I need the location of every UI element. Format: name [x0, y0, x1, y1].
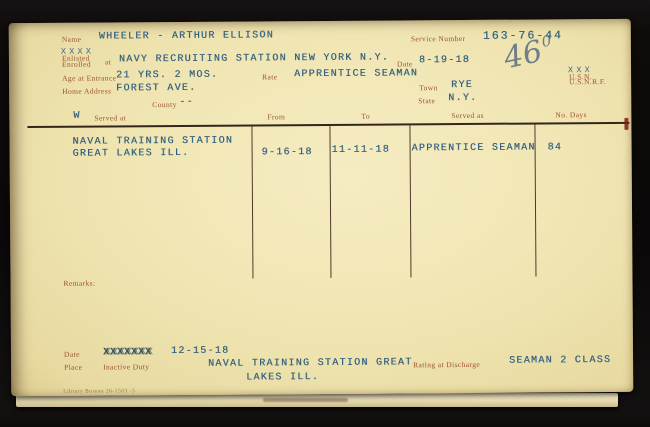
- row-served-as: APPRENTICE SEAMAN: [412, 143, 536, 154]
- printer-mark: Library Bureau 26-1503 -5: [63, 389, 135, 395]
- enroll-date-value: 8-19-18: [419, 56, 470, 66]
- town-label: Town: [419, 84, 438, 92]
- inactive-duty-label: Inactive Duty: [103, 363, 149, 371]
- discharge-date-value: 12-15-18: [171, 347, 229, 357]
- typed-x-overlay: XXX: [568, 66, 593, 75]
- rate-value: APPRENTICE SEAMAN: [294, 69, 418, 80]
- discharge-station-line1: NAVAL TRAINING STATION GREAT: [208, 358, 413, 369]
- row-to: 11-11-18: [332, 146, 390, 156]
- usnrf-label: U.S.N.R.F.: [569, 78, 606, 86]
- remarks-label: Remarks:: [63, 280, 95, 288]
- row-served-at-line2: GREAT LAKES ILL.: [73, 149, 190, 160]
- enrolled-at-label: at: [105, 58, 111, 66]
- county-value: --: [179, 98, 194, 108]
- rating-at-discharge-label: Rating at Discharge: [413, 361, 480, 369]
- discharge-date-label: Date: [64, 351, 80, 359]
- rate-label: Rate: [262, 73, 277, 81]
- home-address-value: FOREST AVE.: [116, 84, 196, 95]
- header-served-at: Served at: [94, 114, 126, 122]
- red-edge-mark: [624, 118, 628, 130]
- age-value: 21 YRS. 2 MOS.: [116, 71, 218, 82]
- handwritten-number: 460: [501, 35, 554, 75]
- home-address-label: Home Address: [62, 87, 111, 95]
- overtype-w: W: [73, 112, 80, 122]
- name-value: WHEELER - ARTHUR ELLISON: [99, 31, 274, 42]
- photo-background: Name WHEELER - ARTHUR ELLISON Service Nu…: [0, 0, 650, 427]
- header-served-as: Served as: [451, 112, 484, 120]
- age-label: Age at Entrance: [62, 74, 116, 82]
- discharge-station-line2: LAKES ILL.: [246, 373, 319, 384]
- service-record-card: Name WHEELER - ARTHUR ELLISON Service Nu…: [9, 19, 634, 396]
- row-served-at-line1: NAVAL TRAINING STATION: [73, 137, 234, 148]
- service-number-label: Service Number: [411, 35, 466, 43]
- enrolled-label: Enrolled: [62, 61, 91, 69]
- header-to: To: [361, 113, 370, 121]
- header-no-days: No. Days: [555, 111, 587, 119]
- header-from: From: [267, 113, 285, 121]
- rating-at-discharge-value: SEAMAN 2 CLASS: [509, 356, 611, 367]
- table-rule: [27, 122, 629, 128]
- state-value: N.Y.: [448, 94, 477, 104]
- town-value: RYE: [451, 81, 473, 91]
- state-label: State: [418, 97, 435, 105]
- county-label: County: [152, 101, 177, 109]
- enrolled-at-value: NAVY RECRUITING STATION NEW YORK N.Y.: [119, 54, 389, 66]
- discharge-date-struck: XXXXXXX: [103, 348, 152, 358]
- column-divider-1: [251, 126, 253, 278]
- place-label: Place: [64, 364, 82, 372]
- row-from: 9-16-18: [262, 148, 313, 158]
- name-label: Name: [62, 36, 82, 44]
- row-no-days: 84: [548, 143, 563, 153]
- faint-stamp: [263, 398, 348, 402]
- typed-x-overlay: XXXX: [61, 48, 94, 57]
- enroll-date-label: Date: [397, 60, 413, 68]
